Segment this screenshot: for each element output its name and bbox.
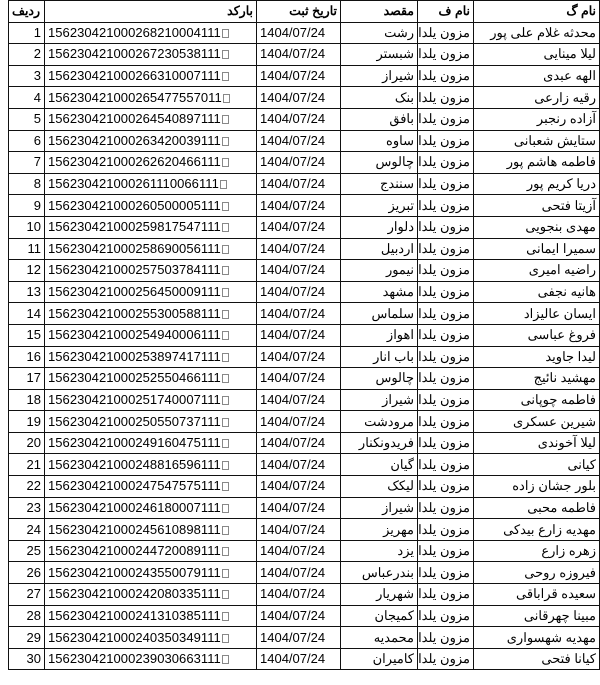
cell-destination: چالوس xyxy=(341,152,418,174)
cell-radif: 22 xyxy=(9,476,45,498)
cell-barcode: 156230421000243550079111 xyxy=(45,562,257,584)
cell-name: فاطمه هاشم پور xyxy=(474,152,600,174)
cell-barcode: 156230421000252550466111 xyxy=(45,368,257,390)
cell-destination: کاميران xyxy=(341,648,418,670)
missing-glyph-icon xyxy=(222,158,229,167)
cell-destination: بنک xyxy=(341,87,418,109)
cell-barcode: 156230421000250550737111 xyxy=(45,411,257,433)
cell-barcode: 156230421000248816596111 xyxy=(45,454,257,476)
table-row: 13 156230421000256450009111 1404/07/24 م… xyxy=(9,281,600,303)
barcode-value: 156230421000243550079111 xyxy=(48,565,221,580)
cell-barcode: 156230421000265477557011 xyxy=(45,87,257,109)
table-row: 10 156230421000259817547111 1404/07/24 د… xyxy=(9,216,600,238)
cell-family: مزون يلدا xyxy=(418,173,474,195)
cell-barcode: 156230421000255300588111 xyxy=(45,303,257,325)
cell-destination: گيان xyxy=(341,454,418,476)
cell-family: مزون يلدا xyxy=(418,476,474,498)
cell-destination: سلماس xyxy=(341,303,418,325)
barcode-value: 156230421000250550737111 xyxy=(48,414,221,429)
barcode-value: 156230421000266310007111 xyxy=(48,68,221,83)
barcode-value: 156230421000264540897111 xyxy=(48,111,221,126)
table-row: 26 156230421000243550079111 1404/07/24 ب… xyxy=(9,562,600,584)
missing-glyph-icon xyxy=(222,115,229,124)
missing-glyph-icon xyxy=(222,418,229,427)
cell-name: دريا کريم پور xyxy=(474,173,600,195)
cell-date: 1404/07/24 xyxy=(257,605,341,627)
cell-family: مزون يلدا xyxy=(418,497,474,519)
cell-date: 1404/07/24 xyxy=(257,519,341,541)
cell-family: مزون يلدا xyxy=(418,346,474,368)
cell-name: شيرين عسکری xyxy=(474,411,600,433)
cell-barcode: 156230421000256450009111 xyxy=(45,281,257,303)
cell-name: راضيه اميری xyxy=(474,260,600,282)
cell-name: کيانی xyxy=(474,454,600,476)
cell-family: مزون يلدا xyxy=(418,195,474,217)
cell-destination: دلوار xyxy=(341,216,418,238)
barcode-value: 156230421000268210004111 xyxy=(48,25,221,40)
missing-glyph-icon xyxy=(222,137,229,146)
missing-glyph-icon xyxy=(222,310,229,319)
cell-date: 1404/07/24 xyxy=(257,22,341,44)
barcode-value: 156230421000241310385111 xyxy=(48,608,221,623)
cell-barcode: 156230421000239030663111 xyxy=(45,648,257,670)
table-row: 18 156230421000251740007111 1404/07/24 ش… xyxy=(9,389,600,411)
cell-date: 1404/07/24 xyxy=(257,324,341,346)
cell-destination: فريدونکنار xyxy=(341,432,418,454)
cell-radif: 9 xyxy=(9,195,45,217)
missing-glyph-icon xyxy=(222,634,229,643)
cell-barcode: 156230421000249160475111 xyxy=(45,432,257,454)
cell-destination: رشت xyxy=(341,22,418,44)
cell-family: مزون يلدا xyxy=(418,411,474,433)
cell-radif: 7 xyxy=(9,152,45,174)
cell-barcode: 156230421000247547575111 xyxy=(45,476,257,498)
cell-name: فروغ عباسی xyxy=(474,324,600,346)
cell-barcode: 156230421000257503784111 xyxy=(45,260,257,282)
cell-radif: 10 xyxy=(9,216,45,238)
cell-date: 1404/07/24 xyxy=(257,411,341,433)
cell-radif: 27 xyxy=(9,584,45,606)
table-row: 7 156230421000262620466111 1404/07/24 چا… xyxy=(9,152,600,174)
cell-family: مزون يلدا xyxy=(418,627,474,649)
cell-name: رقيه زارعی xyxy=(474,87,600,109)
cell-barcode: 156230421000259817547111 xyxy=(45,216,257,238)
cell-name: سعيده قراباقی xyxy=(474,584,600,606)
table-row: 16 156230421000253897417111 1404/07/24 ب… xyxy=(9,346,600,368)
cell-date: 1404/07/24 xyxy=(257,238,341,260)
cell-destination: محمديه xyxy=(341,627,418,649)
missing-glyph-icon xyxy=(222,72,229,81)
cell-radif: 21 xyxy=(9,454,45,476)
cell-destination: کميجان xyxy=(341,605,418,627)
missing-glyph-icon xyxy=(222,504,229,513)
barcode-value: 156230421000253897417111 xyxy=(48,349,221,364)
barcode-value: 156230421000239030663111 xyxy=(48,651,221,666)
cell-barcode: 156230421000261110066111 xyxy=(45,173,257,195)
barcode-value: 156230421000248816596111 xyxy=(48,457,221,472)
table-row: 29 156230421000240350349111 1404/07/24 م… xyxy=(9,627,600,649)
barcode-value: 156230421000257503784111 xyxy=(48,262,221,277)
cell-barcode: 156230421000254940006111 xyxy=(45,324,257,346)
cell-name: سميرا ايمانی xyxy=(474,238,600,260)
cell-family: مزون يلدا xyxy=(418,324,474,346)
header-destination: مقصد xyxy=(341,1,418,23)
table-row: 21 156230421000248816596111 1404/07/24 گ… xyxy=(9,454,600,476)
cell-radif: 28 xyxy=(9,605,45,627)
cell-name: فيروزه روحی xyxy=(474,562,600,584)
cell-barcode: 156230421000251740007111 xyxy=(45,389,257,411)
table-row: 11 156230421000258690056111 1404/07/24 ا… xyxy=(9,238,600,260)
barcode-value: 156230421000245610898111 xyxy=(48,522,221,537)
cell-destination: مهريز xyxy=(341,519,418,541)
cell-destination: بافق xyxy=(341,108,418,130)
cell-barcode: 156230421000262620466111 xyxy=(45,152,257,174)
cell-destination: نيمور xyxy=(341,260,418,282)
cell-family: مزون يلدا xyxy=(418,540,474,562)
cell-radif: 17 xyxy=(9,368,45,390)
cell-destination: مرودشت xyxy=(341,411,418,433)
cell-family: مزون يلدا xyxy=(418,216,474,238)
cell-name: هانيه نجفی xyxy=(474,281,600,303)
cell-name: مهدی بنجويی xyxy=(474,216,600,238)
header-date: تاريخ ثبت xyxy=(257,1,341,23)
header-radif: رديف xyxy=(9,1,45,23)
barcode-value: 156230421000265477557011 xyxy=(48,90,222,105)
cell-date: 1404/07/24 xyxy=(257,540,341,562)
cell-barcode: 156230421000264540897111 xyxy=(45,108,257,130)
missing-glyph-icon xyxy=(222,569,229,578)
missing-glyph-icon xyxy=(222,439,229,448)
cell-date: 1404/07/24 xyxy=(257,65,341,87)
cell-radif: 29 xyxy=(9,627,45,649)
cell-date: 1404/07/24 xyxy=(257,368,341,390)
cell-destination: اردبيل xyxy=(341,238,418,260)
cell-destination: شيراز xyxy=(341,497,418,519)
cell-radif: 25 xyxy=(9,540,45,562)
cell-radif: 1 xyxy=(9,22,45,44)
barcode-value: 156230421000252550466111 xyxy=(48,370,221,385)
cell-barcode: 156230421000266310007111 xyxy=(45,65,257,87)
cell-date: 1404/07/24 xyxy=(257,432,341,454)
table-row: 22 156230421000247547575111 1404/07/24 ل… xyxy=(9,476,600,498)
cell-barcode: 156230421000245610898111 xyxy=(45,519,257,541)
cell-name: ايسان عاليزاد xyxy=(474,303,600,325)
table-row: 27 156230421000242080335111 1404/07/24 ش… xyxy=(9,584,600,606)
cell-radif: 18 xyxy=(9,389,45,411)
cell-family: مزون يلدا xyxy=(418,87,474,109)
missing-glyph-icon xyxy=(220,180,227,189)
cell-barcode: 156230421000258690056111 xyxy=(45,238,257,260)
barcode-value: 156230421000242080335111 xyxy=(48,586,221,601)
cell-family: مزون يلدا xyxy=(418,432,474,454)
missing-glyph-icon xyxy=(222,331,229,340)
cell-family: مزون يلدا xyxy=(418,562,474,584)
cell-name: فاطمه محبی xyxy=(474,497,600,519)
missing-glyph-icon xyxy=(222,245,229,254)
cell-family: مزون يلدا xyxy=(418,44,474,66)
cell-name: آزيتا فتحی xyxy=(474,195,600,217)
missing-glyph-icon xyxy=(222,353,229,362)
table-row: 23 156230421000246180007111 1404/07/24 ش… xyxy=(9,497,600,519)
table-row: 28 156230421000241310385111 1404/07/24 ک… xyxy=(9,605,600,627)
table-row: 15 156230421000254940006111 1404/07/24 ا… xyxy=(9,324,600,346)
shipment-table: رديف بارکد تاريخ ثبت مقصد نام ف نام گ 1 … xyxy=(8,0,600,670)
cell-barcode: 156230421000267230538111 xyxy=(45,44,257,66)
cell-date: 1404/07/24 xyxy=(257,152,341,174)
cell-destination: شبستر xyxy=(341,44,418,66)
cell-family: مزون يلدا xyxy=(418,389,474,411)
cell-date: 1404/07/24 xyxy=(257,627,341,649)
table-row: 19 156230421000250550737111 1404/07/24 م… xyxy=(9,411,600,433)
cell-radif: 11 xyxy=(9,238,45,260)
cell-radif: 16 xyxy=(9,346,45,368)
missing-glyph-icon xyxy=(222,266,229,275)
cell-name: الهه عبدی xyxy=(474,65,600,87)
cell-radif: 12 xyxy=(9,260,45,282)
cell-barcode: 156230421000253897417111 xyxy=(45,346,257,368)
cell-radif: 15 xyxy=(9,324,45,346)
cell-radif: 24 xyxy=(9,519,45,541)
header-family: نام ف xyxy=(418,1,474,23)
cell-family: مزون يلدا xyxy=(418,648,474,670)
barcode-value: 156230421000258690056111 xyxy=(48,241,221,256)
cell-family: مزون يلدا xyxy=(418,454,474,476)
cell-barcode: 156230421000268210004111 xyxy=(45,22,257,44)
cell-date: 1404/07/24 xyxy=(257,281,341,303)
missing-glyph-icon xyxy=(222,50,229,59)
missing-glyph-icon xyxy=(222,396,229,405)
cell-barcode: 156230421000244720089111 xyxy=(45,540,257,562)
barcode-value: 156230421000247547575111 xyxy=(48,478,221,493)
missing-glyph-icon xyxy=(222,223,229,232)
table-row: 2 156230421000267230538111 1404/07/24 شب… xyxy=(9,44,600,66)
missing-glyph-icon xyxy=(222,526,229,535)
cell-radif: 26 xyxy=(9,562,45,584)
missing-glyph-icon xyxy=(222,655,229,664)
cell-destination: شيراز xyxy=(341,65,418,87)
missing-glyph-icon xyxy=(222,202,229,211)
cell-name: مهديه شهسواری xyxy=(474,627,600,649)
cell-family: مزون يلدا xyxy=(418,605,474,627)
cell-name: مهديه زارع بيدکی xyxy=(474,519,600,541)
cell-name: آزاده رنجبر xyxy=(474,108,600,130)
cell-name: ليلا مينايی xyxy=(474,44,600,66)
cell-name: ليلا آخوندی xyxy=(474,432,600,454)
table-row: 8 156230421000261110066111 1404/07/24 سن… xyxy=(9,173,600,195)
cell-family: مزون يلدا xyxy=(418,519,474,541)
cell-date: 1404/07/24 xyxy=(257,389,341,411)
cell-date: 1404/07/24 xyxy=(257,173,341,195)
cell-radif: 20 xyxy=(9,432,45,454)
cell-family: مزون يلدا xyxy=(418,130,474,152)
table-row: 20 156230421000249160475111 1404/07/24 ف… xyxy=(9,432,600,454)
cell-radif: 6 xyxy=(9,130,45,152)
cell-destination: اهواز xyxy=(341,324,418,346)
shipment-sheet: رديف بارکد تاريخ ثبت مقصد نام ف نام گ 1 … xyxy=(8,0,599,670)
cell-family: مزون يلدا xyxy=(418,584,474,606)
missing-glyph-icon xyxy=(222,461,229,470)
cell-date: 1404/07/24 xyxy=(257,476,341,498)
table-row: 12 156230421000257503784111 1404/07/24 ن… xyxy=(9,260,600,282)
table-row: 9 156230421000260500005111 1404/07/24 تب… xyxy=(9,195,600,217)
cell-date: 1404/07/24 xyxy=(257,216,341,238)
barcode-value: 156230421000259817547111 xyxy=(48,219,221,234)
barcode-value: 156230421000261110066111 xyxy=(48,176,219,191)
cell-radif: 23 xyxy=(9,497,45,519)
cell-radif: 8 xyxy=(9,173,45,195)
cell-barcode: 156230421000242080335111 xyxy=(45,584,257,606)
cell-radif: 13 xyxy=(9,281,45,303)
cell-barcode: 156230421000260500005111 xyxy=(45,195,257,217)
table-row: 25 156230421000244720089111 1404/07/24 ي… xyxy=(9,540,600,562)
barcode-value: 156230421000262620466111 xyxy=(48,154,221,169)
cell-radif: 14 xyxy=(9,303,45,325)
barcode-value: 156230421000263420039111 xyxy=(48,133,221,148)
cell-family: مزون يلدا xyxy=(418,238,474,260)
cell-name: زهره زارع xyxy=(474,540,600,562)
cell-date: 1404/07/24 xyxy=(257,195,341,217)
table-row: 17 156230421000252550466111 1404/07/24 چ… xyxy=(9,368,600,390)
missing-glyph-icon xyxy=(222,482,229,491)
missing-glyph-icon xyxy=(222,590,229,599)
barcode-value: 156230421000240350349111 xyxy=(48,630,221,645)
cell-date: 1404/07/24 xyxy=(257,346,341,368)
cell-date: 1404/07/24 xyxy=(257,303,341,325)
missing-glyph-icon xyxy=(222,612,229,621)
cell-date: 1404/07/24 xyxy=(257,87,341,109)
barcode-value: 156230421000246180007111 xyxy=(48,500,221,515)
cell-destination: ساوه xyxy=(341,130,418,152)
cell-family: مزون يلدا xyxy=(418,65,474,87)
barcode-value: 156230421000254940006111 xyxy=(48,327,221,342)
table-row: 1 156230421000268210004111 1404/07/24 رش… xyxy=(9,22,600,44)
cell-date: 1404/07/24 xyxy=(257,130,341,152)
cell-destination: چالوس xyxy=(341,368,418,390)
cell-barcode: 156230421000263420039111 xyxy=(45,130,257,152)
cell-radif: 4 xyxy=(9,87,45,109)
cell-radif: 2 xyxy=(9,44,45,66)
cell-destination: سنندج xyxy=(341,173,418,195)
cell-date: 1404/07/24 xyxy=(257,108,341,130)
cell-destination: شيراز xyxy=(341,389,418,411)
cell-name: محدثه غلام علی پور xyxy=(474,22,600,44)
cell-family: مزون يلدا xyxy=(418,108,474,130)
cell-date: 1404/07/24 xyxy=(257,44,341,66)
missing-glyph-icon xyxy=(223,94,230,103)
cell-destination: بندرعباس xyxy=(341,562,418,584)
cell-name: ستايش شعبانی xyxy=(474,130,600,152)
cell-name: مهشيد نائيج xyxy=(474,368,600,390)
cell-destination: مشهد xyxy=(341,281,418,303)
missing-glyph-icon xyxy=(222,288,229,297)
table-row: 30 156230421000239030663111 1404/07/24 ک… xyxy=(9,648,600,670)
missing-glyph-icon xyxy=(222,29,229,38)
cell-radif: 3 xyxy=(9,65,45,87)
cell-date: 1404/07/24 xyxy=(257,260,341,282)
cell-family: مزون يلدا xyxy=(418,22,474,44)
table-body: 1 156230421000268210004111 1404/07/24 رش… xyxy=(9,22,600,670)
table-row: 14 156230421000255300588111 1404/07/24 س… xyxy=(9,303,600,325)
cell-name: بلور جشان زاده xyxy=(474,476,600,498)
barcode-value: 156230421000256450009111 xyxy=(48,284,221,299)
cell-family: مزون يلدا xyxy=(418,303,474,325)
cell-date: 1404/07/24 xyxy=(257,648,341,670)
cell-family: مزون يلدا xyxy=(418,281,474,303)
cell-radif: 5 xyxy=(9,108,45,130)
missing-glyph-icon xyxy=(222,547,229,556)
cell-barcode: 156230421000240350349111 xyxy=(45,627,257,649)
cell-radif: 19 xyxy=(9,411,45,433)
header-name: نام گ xyxy=(474,1,600,23)
cell-destination: تبريز xyxy=(341,195,418,217)
cell-family: مزون يلدا xyxy=(418,152,474,174)
barcode-value: 156230421000255300588111 xyxy=(48,306,221,321)
barcode-value: 156230421000260500005111 xyxy=(48,198,221,213)
table-row: 5 156230421000264540897111 1404/07/24 با… xyxy=(9,108,600,130)
table-row: 24 156230421000245610898111 1404/07/24 م… xyxy=(9,519,600,541)
cell-date: 1404/07/24 xyxy=(257,562,341,584)
table-row: 6 156230421000263420039111 1404/07/24 سا… xyxy=(9,130,600,152)
cell-destination: ليکک xyxy=(341,476,418,498)
cell-name: فاطمه چوپانی xyxy=(474,389,600,411)
cell-date: 1404/07/24 xyxy=(257,497,341,519)
table-row: 4 156230421000265477557011 1404/07/24 بن… xyxy=(9,87,600,109)
cell-destination: شهريار xyxy=(341,584,418,606)
barcode-value: 156230421000244720089111 xyxy=(48,543,221,558)
cell-date: 1404/07/24 xyxy=(257,584,341,606)
cell-family: مزون يلدا xyxy=(418,368,474,390)
cell-barcode: 156230421000241310385111 xyxy=(45,605,257,627)
cell-name: مبينا چهرقانی xyxy=(474,605,600,627)
barcode-value: 156230421000249160475111 xyxy=(48,435,221,450)
cell-family: مزون يلدا xyxy=(418,260,474,282)
missing-glyph-icon xyxy=(222,374,229,383)
cell-barcode: 156230421000246180007111 xyxy=(45,497,257,519)
cell-destination: باب انار xyxy=(341,346,418,368)
header-barcode: بارکد xyxy=(45,1,257,23)
cell-radif: 30 xyxy=(9,648,45,670)
table-row: 3 156230421000266310007111 1404/07/24 شي… xyxy=(9,65,600,87)
barcode-value: 156230421000251740007111 xyxy=(48,392,221,407)
cell-destination: يزد xyxy=(341,540,418,562)
cell-date: 1404/07/24 xyxy=(257,454,341,476)
header-row: رديف بارکد تاريخ ثبت مقصد نام ف نام گ xyxy=(9,1,600,23)
barcode-value: 156230421000267230538111 xyxy=(48,46,221,61)
cell-name: ليدا جاويد xyxy=(474,346,600,368)
cell-name: کيانا فتحی xyxy=(474,648,600,670)
